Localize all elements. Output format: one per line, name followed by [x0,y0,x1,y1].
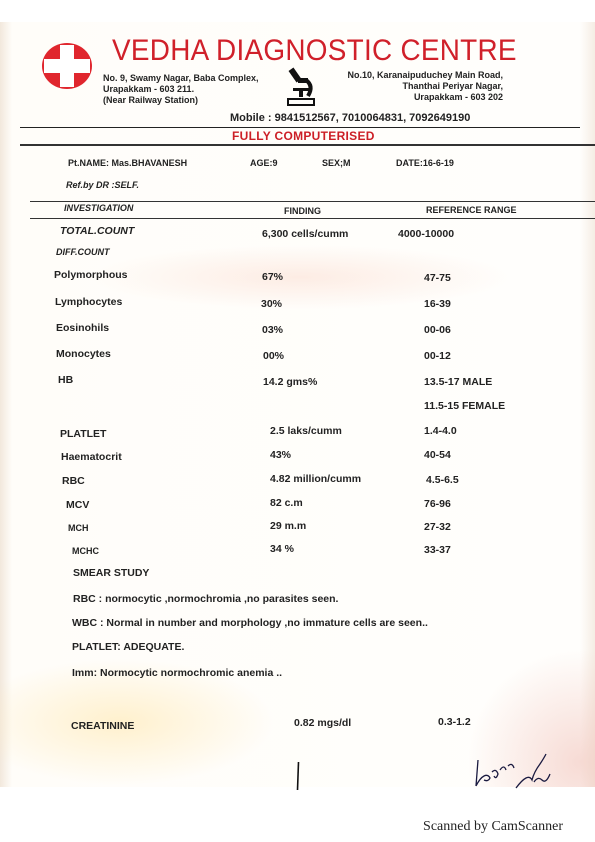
row-reference: 33-37 [424,544,451,556]
address-left: No. 9, Swamy Nagar, Baba Complex, Urapak… [103,73,259,106]
address-right: No.10, Karanaipuduchey Main Road, Thanth… [347,70,503,103]
row-finding: 00% [263,350,284,362]
row-reference: 40-54 [424,449,451,461]
row-finding: 82 c.m [270,497,303,509]
creatinine-reference: 0.3-1.2 [438,716,471,728]
smear-rbc: RBC : normocytic ,normochromia ,no paras… [73,593,338,605]
microscope-icon [284,66,320,108]
row-reference-female: 11.5-15 FEMALE [424,400,505,412]
smear-platelet: PLATLET: ADEQUATE. [72,641,184,653]
handwritten-signature-icon [460,750,555,790]
row-finding: 30% [261,298,282,310]
clinic-title: VEDHA DIAGNOSTIC CENTRE [112,34,517,68]
total-count-reference: 4000-10000 [398,228,454,240]
row-label: Eosinohils [56,322,109,334]
address-left-line: (Near Railway Station) [103,95,259,106]
creatinine-finding: 0.82 mgs/dl [294,717,351,729]
row-finding: 03% [262,324,283,336]
row-label: Polymorphous [54,269,128,281]
row-reference: 00-12 [424,350,451,362]
smear-study-title: SMEAR STUDY [73,567,149,579]
row-label: MCHC [72,546,99,556]
mobile-numbers: Mobile : 9841512567, 7010064831, 7092649… [230,112,470,124]
header-divider [20,127,580,128]
diff-count-label: DIFF.COUNT [56,247,110,257]
address-left-line: Urapakkam - 603 211. [103,84,259,95]
row-reference: 47-75 [424,272,451,284]
row-label: MCH [68,523,89,533]
tagline: FULLY COMPUTERISED [232,129,375,143]
row-label: RBC [62,475,85,487]
row-finding: 14.2 gms% [263,376,317,388]
patient-sex: SEX;M [322,158,351,168]
row-finding: 4.82 million/cumm [270,473,361,485]
address-right-line: Urapakkam - 603 202 [347,92,503,103]
smear-wbc: WBC : Normal in number and morphology ,n… [72,617,428,629]
row-label: MCV [66,499,89,511]
row-reference: 00-06 [424,324,451,336]
report-date: DATE:16-6-19 [396,158,454,168]
row-finding: 2.5 laks/cumm [270,425,342,437]
row-reference: 4.5-6.5 [426,474,459,486]
patient-age: AGE:9 [250,158,278,168]
header-divider-thick [20,144,595,146]
row-reference: 13.5-17 MALE [424,376,492,388]
total-count-label: TOTAL.COUNT [60,225,134,237]
row-finding: 43% [270,449,291,461]
col-finding: FINDING [284,206,321,216]
table-header-top-rule [30,201,595,202]
row-label: Haematocrit [61,451,122,463]
referred-by: Ref.by DR :SELF. [66,180,139,190]
scanner-watermark: Scanned by CamScanner [423,819,563,835]
table-header-bottom-rule [30,218,595,219]
row-label: Monocytes [56,348,111,360]
row-reference: 76-96 [424,498,451,510]
row-label: Lymphocytes [55,296,122,308]
row-reference: 16-39 [424,298,451,310]
smear-impression: Imm: Normocytic normochromic anemia .. [72,667,282,679]
address-right-line: No.10, Karanaipuduchey Main Road, [347,70,503,81]
address-left-line: No. 9, Swamy Nagar, Baba Complex, [103,73,259,84]
pen-mark [296,762,300,790]
row-finding: 34 % [270,543,294,555]
row-finding: 29 m.m [270,520,306,532]
row-label: HB [58,374,73,386]
row-label: PLATLET [60,428,106,440]
total-count-finding: 6,300 cells/cumm [262,228,348,240]
row-reference: 27-32 [424,521,451,533]
red-cross-icon [41,42,93,90]
row-finding: 67% [262,271,283,283]
address-right-line: Thanthai Periyar Nagar, [347,81,503,92]
creatinine-label: CREATININE [71,720,134,732]
patient-name: Pt.NAME: Mas.BHAVANESH [68,158,187,168]
row-reference: 1.4-4.0 [424,425,457,437]
col-reference-range: REFERENCE RANGE [426,205,517,215]
col-investigation: INVESTIGATION [64,203,133,213]
